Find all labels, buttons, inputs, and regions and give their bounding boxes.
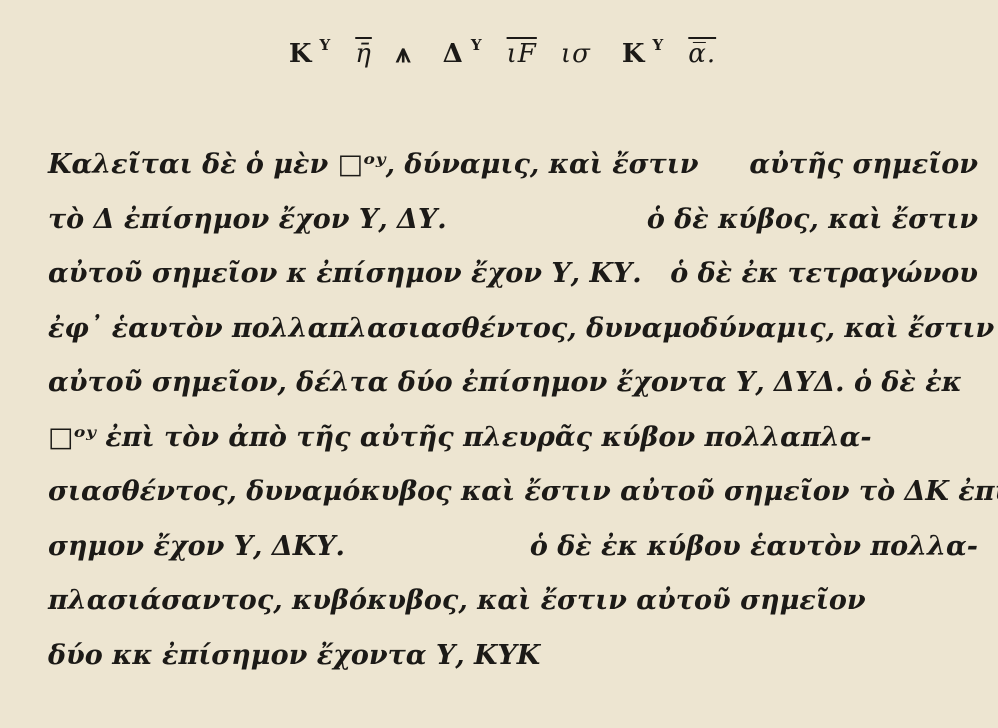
text-line: αὐτοῦ σημεῖον κ ἐπίσημον ἔχον Υ, ΚΥ. ὁ δ… bbox=[48, 247, 978, 302]
text-line: σιασθέντος, δυναμόκυβος καὶ ἔστιν αὐτοῦ … bbox=[48, 465, 978, 520]
handwritten-greek-text: Καλεῖται δὲ ὁ μὲν □ᵒʸ, δύναμις, καὶ ἔστι… bbox=[48, 138, 978, 683]
text-line: πλασιάσαντος, κυβόκυβος, καὶ ἔστιν αὐτοῦ… bbox=[48, 574, 978, 629]
text-segment: ἐφ᾽ ἑαυτὸν πολλαπλασιασθέντος, δυναμοδύν… bbox=[48, 302, 994, 357]
heading-symbol: ΔΥ bbox=[436, 36, 483, 69]
text-segment: πλασιάσαντος, κυβόκυβος, καὶ ἔστιν αὐτοῦ… bbox=[48, 574, 866, 629]
heading-symbol: KΥ bbox=[615, 36, 664, 69]
text-segment: αὐτοῦ σημεῖον, δέλτα δύο ἐπίσημον ἔχοντα… bbox=[48, 356, 962, 411]
heading-symbol: α̅. bbox=[688, 39, 716, 69]
text-segment: αὐτῆς σημεῖον bbox=[749, 138, 978, 193]
heading-symbol-base: K bbox=[622, 39, 646, 69]
text-line: □ᵒʸ ἐπὶ τὸν ἀπὸ τῆς αὐτῆς πλευρᾶς κύβον … bbox=[48, 411, 978, 466]
heading-symbol: KΥ bbox=[282, 36, 331, 69]
minus-sign-icon: ⩚ bbox=[396, 39, 412, 70]
text-segment: δύο κκ ἐπίσημον ἔχοντα Υ, ΚΥΚ bbox=[48, 629, 540, 684]
text-line: ἐφ᾽ ἑαυτὸν πολλαπλασιασθέντος, δυναμοδύν… bbox=[48, 302, 978, 357]
text-line: δύο κκ ἐπίσημον ἔχοντα Υ, ΚΥΚ bbox=[48, 629, 978, 684]
text-segment: ὁ δὲ κύβος, καὶ ἔστιν bbox=[647, 193, 978, 248]
text-line: Καλεῖται δὲ ὁ μὲν □ᵒʸ, δύναμις, καὶ ἔστι… bbox=[48, 138, 978, 193]
text-line: σημον ἔχον Υ, ΔΚΥ. ὁ δὲ ἐκ κύβου ἑαυτὸν … bbox=[48, 520, 978, 575]
text-segment: ὁ δὲ ἐκ κύβου ἑαυτὸν πολλα- bbox=[530, 520, 978, 575]
heading-symbol: ισ bbox=[561, 39, 591, 69]
heading-symbol: ιF bbox=[507, 39, 537, 69]
text-segment: σημον ἔχον Υ, ΔΚΥ. bbox=[48, 520, 345, 575]
heading-symbol-base: Δ bbox=[443, 39, 464, 69]
heading-symbol-sup: Υ bbox=[653, 36, 665, 54]
text-segment: □ᵒʸ ἐπὶ τὸν ἀπὸ τῆς αὐτῆς πλευρᾶς κύβον … bbox=[48, 411, 872, 466]
heading-symbol: η̄ bbox=[355, 39, 372, 69]
heading-symbol-sup: Υ bbox=[471, 36, 483, 54]
manuscript-page: KΥ η̄ ⩚ ΔΥ ιF ισ KΥ α̅. Καλεῖται δὲ ὁ μὲ… bbox=[0, 0, 998, 728]
text-segment: αὐτοῦ σημεῖον κ ἐπίσημον ἔχον Υ, ΚΥ. bbox=[48, 247, 642, 302]
heading-symbol-sup: Υ bbox=[319, 36, 331, 54]
text-segment: σιασθέντος, δυναμόκυβος καὶ ἔστιν αὐτοῦ … bbox=[48, 465, 998, 520]
text-line: τὸ Δ ἐπίσημον ἔχον Υ, ΔΥ. ὁ δὲ κύβος, κα… bbox=[48, 193, 978, 248]
notation-heading: KΥ η̄ ⩚ ΔΥ ιF ισ KΥ α̅. bbox=[0, 36, 998, 70]
text-line: αὐτοῦ σημεῖον, δέλτα δύο ἐπίσημον ἔχοντα… bbox=[48, 356, 978, 411]
text-segment: ὁ δὲ ἐκ τετραγώνου bbox=[670, 247, 978, 302]
text-segment: τὸ Δ ἐπίσημον ἔχον Υ, ΔΥ. bbox=[48, 193, 447, 248]
text-segment: Καλεῖται δὲ ὁ μὲν □ᵒʸ, δύναμις, καὶ ἔστι… bbox=[48, 138, 699, 193]
heading-symbol-base: K bbox=[289, 39, 313, 69]
